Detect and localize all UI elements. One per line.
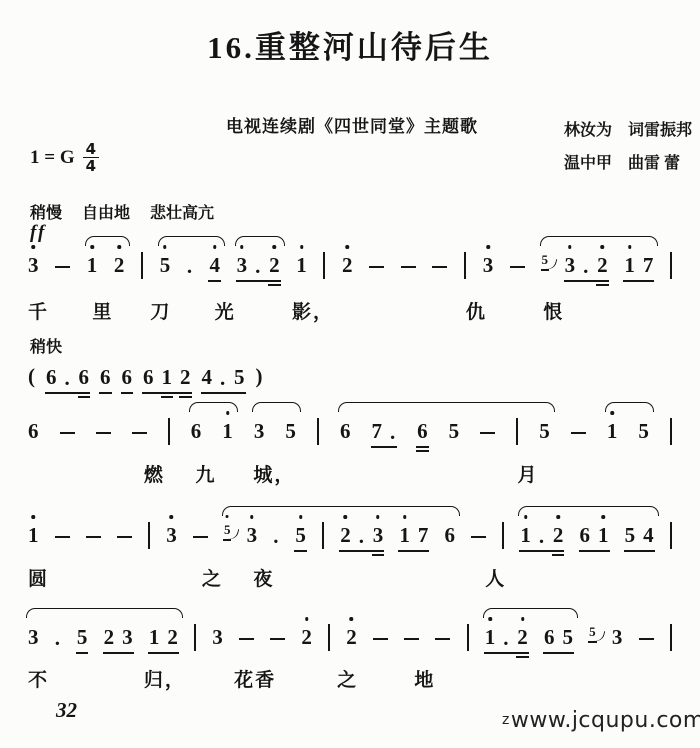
barline — [194, 624, 196, 651]
time-signature-denominator: 4 — [83, 158, 99, 173]
note: 1 — [296, 253, 307, 277]
beam-line — [201, 392, 246, 394]
note-number: 3 — [247, 523, 258, 547]
note-number: 6 — [191, 419, 202, 443]
note-number: 5 — [160, 253, 171, 277]
note: 7 — [372, 419, 383, 443]
grace-note: 5 — [589, 623, 596, 638]
note-extension-dash — [404, 638, 419, 640]
barline — [141, 252, 143, 279]
note-number: 3 — [612, 625, 623, 649]
barline — [328, 624, 330, 651]
note: 1 — [399, 523, 410, 547]
note: 2 — [167, 625, 178, 649]
note-number: 2 — [517, 625, 528, 649]
note-number: 3 — [28, 625, 39, 649]
note-number: 2 — [104, 625, 115, 649]
note-number: 2 — [301, 625, 312, 649]
note: 6 — [340, 419, 351, 443]
note-number: 1 — [296, 253, 307, 277]
note-extension-dash — [60, 432, 75, 434]
note-number: 4 — [202, 365, 213, 389]
credit-role: 词 — [628, 122, 644, 139]
beamed-note-group: 65 — [544, 625, 573, 649]
note-number: 1 — [485, 625, 496, 649]
note: 2 — [301, 625, 312, 649]
lyric-syllable: 圆 — [28, 564, 49, 591]
music-system-2: 6613567.65515 — [28, 402, 672, 443]
note-number: 7 — [372, 419, 383, 443]
note: 1 — [222, 419, 233, 443]
beam-line — [161, 396, 174, 398]
note-extension-dash — [193, 536, 208, 538]
key-signature-text: 1 = G — [30, 147, 75, 169]
grace-note: 5 — [224, 521, 231, 536]
barline — [670, 252, 672, 279]
lyric-syllable: 花香 — [234, 665, 276, 692]
beam-line — [519, 550, 564, 552]
credit-role: 曲 — [628, 155, 644, 172]
song-title: 16.重整河山待后生 — [207, 22, 493, 67]
intro-notes-row: (6.6666124.5) — [28, 363, 248, 389]
note-number: 2 — [114, 253, 125, 277]
beam-line — [103, 652, 134, 654]
beam-line — [416, 450, 429, 452]
augmentation-dot: . — [255, 253, 261, 277]
note: 6 — [417, 419, 428, 443]
note-extension-dash — [270, 638, 285, 640]
beamed-note-group: 17 — [624, 253, 653, 277]
beamed-note-group: 6.6 — [46, 365, 89, 389]
note: 6 — [143, 365, 154, 389]
lyric-syllable: 九 — [195, 460, 216, 487]
credit-row: 温中甲曲 — [564, 155, 644, 172]
note-number: 6 — [340, 419, 351, 443]
lyric-syllable: 千 — [28, 297, 49, 324]
lyric-syllable: 月 — [517, 460, 538, 487]
note: 6 — [580, 523, 591, 547]
note: 4 — [209, 253, 220, 277]
note: 1 — [607, 419, 618, 443]
credit-row: 雷 蕾 — [644, 155, 680, 172]
augmentation-dot: . — [187, 253, 193, 277]
octave-dot — [305, 617, 309, 621]
lyric-syllable: 夜 — [253, 564, 274, 591]
barline — [670, 522, 672, 549]
note: 3 — [247, 523, 258, 547]
lyric-syllable: 仇 — [466, 297, 487, 324]
barline — [670, 418, 672, 445]
note-number: 2 — [180, 365, 191, 389]
watermark-url: www.jcqupu.com — [511, 708, 700, 733]
intro-phrase: (6.6666124.5) — [28, 348, 248, 389]
note-number: 6 — [46, 365, 57, 389]
note-number: 1 — [624, 253, 635, 277]
augmentation-dot: . — [65, 365, 71, 389]
note: 5 — [295, 523, 306, 547]
note: 6 — [191, 419, 202, 443]
lyric-syllable: 里 — [92, 297, 113, 324]
note: 5 — [285, 419, 296, 443]
beam-line — [99, 392, 112, 394]
note-extension-dash — [369, 266, 384, 268]
watermark: zwww.jcqupu.com — [502, 708, 700, 733]
note: 3 — [565, 253, 576, 277]
note-number: 3 — [373, 523, 384, 547]
beam-line — [142, 392, 192, 394]
grace-hook — [546, 257, 558, 271]
barline — [322, 522, 324, 549]
note-number: 1 — [162, 365, 173, 389]
note-number: 6 — [580, 523, 591, 547]
note: 1 — [485, 625, 496, 649]
note: 6 — [28, 419, 39, 443]
note-extension-dash — [471, 536, 486, 538]
note-extension-dash — [117, 536, 132, 538]
note: 3 — [166, 523, 177, 547]
beam-line — [596, 284, 609, 286]
augmentation-dot: . — [220, 365, 226, 389]
note: 2 — [114, 253, 125, 277]
lyric-syllable: 恨 — [543, 297, 564, 324]
note: 6 — [544, 625, 555, 649]
note-number: 1 — [28, 523, 39, 547]
beamed-note-group: 54 — [625, 523, 654, 547]
note-extension-dash — [55, 536, 70, 538]
beamed-note-group: 61 — [580, 523, 609, 547]
note-number: 6 — [122, 365, 133, 389]
note: 6 — [444, 523, 455, 547]
note-number: 1 — [87, 253, 98, 277]
beam-line — [516, 656, 529, 658]
barline — [168, 418, 170, 445]
beamed-note-group: 1.2 — [485, 625, 528, 649]
slur-arc — [85, 236, 130, 246]
beamed-note-group: 1.2 — [520, 523, 563, 547]
beamed-note-group: 4.5 — [202, 365, 245, 389]
credit-name: 温中甲 — [564, 155, 612, 172]
beamed-note-group: 17 — [399, 523, 428, 547]
music-system-4: 3.523123221.26553 — [28, 608, 672, 649]
note-extension-dash — [239, 638, 254, 640]
beamed-note-group: 3.2 — [237, 253, 280, 277]
note: 3 — [28, 253, 39, 277]
lyrics-row-3: 圆之夜人 — [28, 564, 672, 592]
note-number: 6 — [544, 625, 555, 649]
lyric-syllable: 人 — [485, 564, 506, 591]
note: 2 — [597, 253, 608, 277]
note-number: 6 — [28, 419, 39, 443]
note-number: 1 — [399, 523, 410, 547]
tempo-marks: 稍慢自由地悲壮高亢 — [30, 200, 214, 223]
note-extension-dash — [132, 432, 147, 434]
note: 3 — [483, 253, 494, 277]
octave-dot — [32, 515, 36, 519]
note-number: 5 — [295, 523, 306, 547]
note-extension-dash — [435, 638, 450, 640]
note-number: 3 — [166, 523, 177, 547]
note-number: 5 — [77, 625, 88, 649]
note: 6 — [46, 365, 57, 389]
parenthesis: ) — [256, 363, 263, 389]
note-extension-dash — [55, 266, 70, 268]
grace-hook — [228, 527, 240, 541]
note-number: 5 — [539, 419, 550, 443]
note-number: 5 — [638, 419, 649, 443]
music-system-3: 1353.52.31761.26154 — [28, 506, 672, 547]
note: 6 — [100, 365, 111, 389]
beamed-note-group: 12 — [149, 625, 178, 649]
grace-hook — [593, 629, 605, 643]
octave-dot — [300, 245, 304, 249]
beam-line — [484, 652, 529, 654]
note: 3 — [612, 625, 623, 649]
lyric-syllable: 之 — [337, 665, 358, 692]
note-number: 7 — [418, 523, 429, 547]
credit-name: 林汝为 — [564, 122, 612, 139]
note: 2 — [342, 253, 353, 277]
page-number: 32 — [56, 698, 77, 723]
note: 6 — [122, 365, 133, 389]
note-number: 3 — [483, 253, 494, 277]
note-number: 1 — [149, 625, 160, 649]
credit-name: 雷 蕾 — [644, 155, 680, 172]
beam-line — [623, 280, 654, 282]
octave-dot — [350, 617, 354, 621]
octave-dot — [170, 515, 174, 519]
slur-arc — [222, 506, 460, 516]
note: 1 — [598, 523, 609, 547]
notes-row: 3125.43.212353.217 — [28, 251, 672, 277]
credit-row: 林汝为词 — [564, 122, 644, 139]
note-extension-dash — [639, 638, 654, 640]
lyric-syllable: 刀 — [150, 297, 171, 324]
lyric-syllable: 光 — [215, 297, 236, 324]
barline — [502, 522, 504, 549]
note-number: 6 — [79, 365, 90, 389]
note: 3 — [254, 419, 265, 443]
notes-row: 6613567.65515 — [28, 417, 672, 443]
note-extension-dash — [86, 536, 101, 538]
beam-line — [208, 280, 221, 282]
augmentation-dot: . — [55, 625, 61, 649]
note: 2 — [104, 625, 115, 649]
note-number: 3 — [212, 625, 223, 649]
note-number: 3 — [237, 253, 248, 277]
beam-line — [223, 539, 232, 541]
beamed-note-group: 612 — [143, 365, 191, 389]
note: 6 — [79, 365, 90, 389]
barline — [467, 624, 469, 651]
augmentation-dot: . — [273, 523, 279, 547]
barline — [317, 418, 319, 445]
time-signature: 4 4 — [83, 142, 99, 173]
augmentation-dot: . — [503, 625, 509, 649]
parenthesis: ( — [28, 363, 35, 389]
slur-arc — [518, 506, 659, 516]
beam-line — [579, 550, 610, 552]
beam-line — [76, 652, 89, 654]
note-number: 1 — [520, 523, 531, 547]
barline — [670, 624, 672, 651]
note: 3 — [122, 625, 133, 649]
note-number: 1 — [222, 419, 233, 443]
note: 5 — [160, 253, 171, 277]
note-number: 6 — [417, 419, 428, 443]
beam-line — [398, 550, 429, 552]
note: 1 — [162, 365, 173, 389]
watermark-logo: z — [502, 712, 510, 728]
credits-block: 林汝为词雷振邦温中甲曲雷 蕾 — [564, 114, 700, 180]
note-number: 2 — [269, 253, 280, 277]
augmentation-dot: . — [539, 523, 545, 547]
slur-arc — [235, 236, 285, 246]
note-number: 2 — [342, 253, 353, 277]
beam-line — [268, 284, 281, 286]
note: 7 — [643, 253, 654, 277]
note: 1 — [149, 625, 160, 649]
lyric-syllable: 之 — [202, 564, 223, 591]
beam-line — [543, 652, 574, 654]
note-extension-dash — [571, 432, 586, 434]
note-extension-dash — [510, 266, 525, 268]
note: 5 — [77, 625, 88, 649]
note: 1 — [28, 523, 39, 547]
slur-arc — [158, 236, 225, 246]
note-number: 2 — [597, 253, 608, 277]
lyric-syllable: 地 — [414, 665, 435, 692]
tempo-word: 稍慢 — [30, 200, 62, 223]
note: 3 — [237, 253, 248, 277]
note: 5 — [562, 625, 573, 649]
beam-line — [624, 550, 655, 552]
note-number: 2 — [346, 625, 357, 649]
note-number: 3 — [122, 625, 133, 649]
beam-line — [121, 392, 134, 394]
beam-line — [541, 269, 550, 271]
note-number: 2 — [167, 625, 178, 649]
note: 4 — [202, 365, 213, 389]
slur-arc — [483, 608, 578, 618]
lyrics-row-2: 燃九城，月 — [28, 460, 672, 488]
key-signature: 1 = G 4 4 — [30, 142, 99, 173]
lyrics-row-1: 千里刀光影，仇恨 — [28, 297, 672, 325]
note: 4 — [643, 523, 654, 547]
note-number: 3 — [254, 419, 265, 443]
slur-arc — [26, 608, 183, 618]
beam-line — [294, 550, 307, 552]
note: 5 — [539, 419, 550, 443]
note: 2 — [180, 365, 191, 389]
note-number: 5 — [285, 419, 296, 443]
notes-row: 1353.52.31761.26154 — [28, 521, 672, 547]
note-number: 6 — [143, 365, 154, 389]
note: 1 — [87, 253, 98, 277]
beam-line — [148, 652, 179, 654]
note-extension-dash — [96, 432, 111, 434]
note-number: 6 — [100, 365, 111, 389]
note: 5 — [449, 419, 460, 443]
slur-arc — [252, 402, 301, 412]
beam-line — [236, 280, 281, 282]
lyric-syllable: 归， — [144, 665, 186, 692]
note-number: 4 — [643, 523, 654, 547]
note-number: 2 — [553, 523, 564, 547]
lyric-syllable: 不 — [28, 665, 49, 692]
note-number: 1 — [598, 523, 609, 547]
notes-row: 3.523123221.26553 — [28, 623, 672, 649]
beam-line — [564, 280, 609, 282]
octave-dot — [346, 245, 350, 249]
barline — [323, 252, 325, 279]
time-signature-numerator: 4 — [83, 142, 99, 158]
note-extension-dash — [401, 266, 416, 268]
barline — [148, 522, 150, 549]
grace-note: 5 — [542, 251, 549, 266]
note-number: 4 — [209, 253, 220, 277]
note-extension-dash — [373, 638, 388, 640]
beam-line — [339, 550, 384, 552]
note-number: 5 — [625, 523, 636, 547]
sheet-music-page: 16.重整河山待后生 电视连续剧《四世同堂》主题歌 林汝为词雷振邦温中甲曲雷 蕾… — [0, 0, 700, 748]
note: 1 — [520, 523, 531, 547]
slur-arc — [540, 236, 658, 246]
note: 5 — [638, 419, 649, 443]
note-number: 2 — [340, 523, 351, 547]
note-number: 5 — [562, 625, 573, 649]
beamed-note-group: 2.3 — [340, 523, 383, 547]
lyric-syllable: 城， — [253, 460, 295, 487]
augmentation-dot: . — [359, 523, 365, 547]
beam-line — [552, 554, 565, 556]
note: 5 — [625, 523, 636, 547]
beamed-note-group: 3.2 — [565, 253, 608, 277]
note-extension-dash — [480, 432, 495, 434]
note: 2 — [517, 625, 528, 649]
note: 2 — [553, 523, 564, 547]
note-number: 1 — [607, 419, 618, 443]
octave-dot — [486, 245, 490, 249]
music-system-1: 3125.43.212353.217 — [28, 236, 672, 277]
tempo-word: 悲壮高亢 — [150, 200, 214, 223]
note: 2 — [346, 625, 357, 649]
beam-line — [588, 641, 597, 643]
barline — [464, 252, 466, 279]
note-number: 5 — [449, 419, 460, 443]
note-number: 6 — [444, 523, 455, 547]
note: 3 — [212, 625, 223, 649]
note: 3 — [373, 523, 384, 547]
song-subtitle: 电视连续剧《四世同堂》主题歌 — [226, 112, 478, 137]
lyrics-row-4: 不归，花香之地 — [28, 665, 672, 693]
note: 2 — [340, 523, 351, 547]
slur-arc — [189, 402, 238, 412]
note: 1 — [624, 253, 635, 277]
credit-row: 雷振邦 — [644, 122, 692, 139]
note: 5 — [234, 365, 245, 389]
note: 3 — [28, 625, 39, 649]
barline — [516, 418, 518, 445]
beam-line — [372, 554, 385, 556]
beam-line — [416, 446, 429, 448]
note-number: 3 — [28, 253, 39, 277]
note: 2 — [269, 253, 280, 277]
beam-line — [45, 392, 90, 394]
credit-name: 雷振邦 — [644, 122, 692, 139]
augmentation-dot: . — [390, 419, 396, 443]
lyric-syllable: 燃 — [144, 460, 165, 487]
beam-line — [78, 396, 91, 398]
